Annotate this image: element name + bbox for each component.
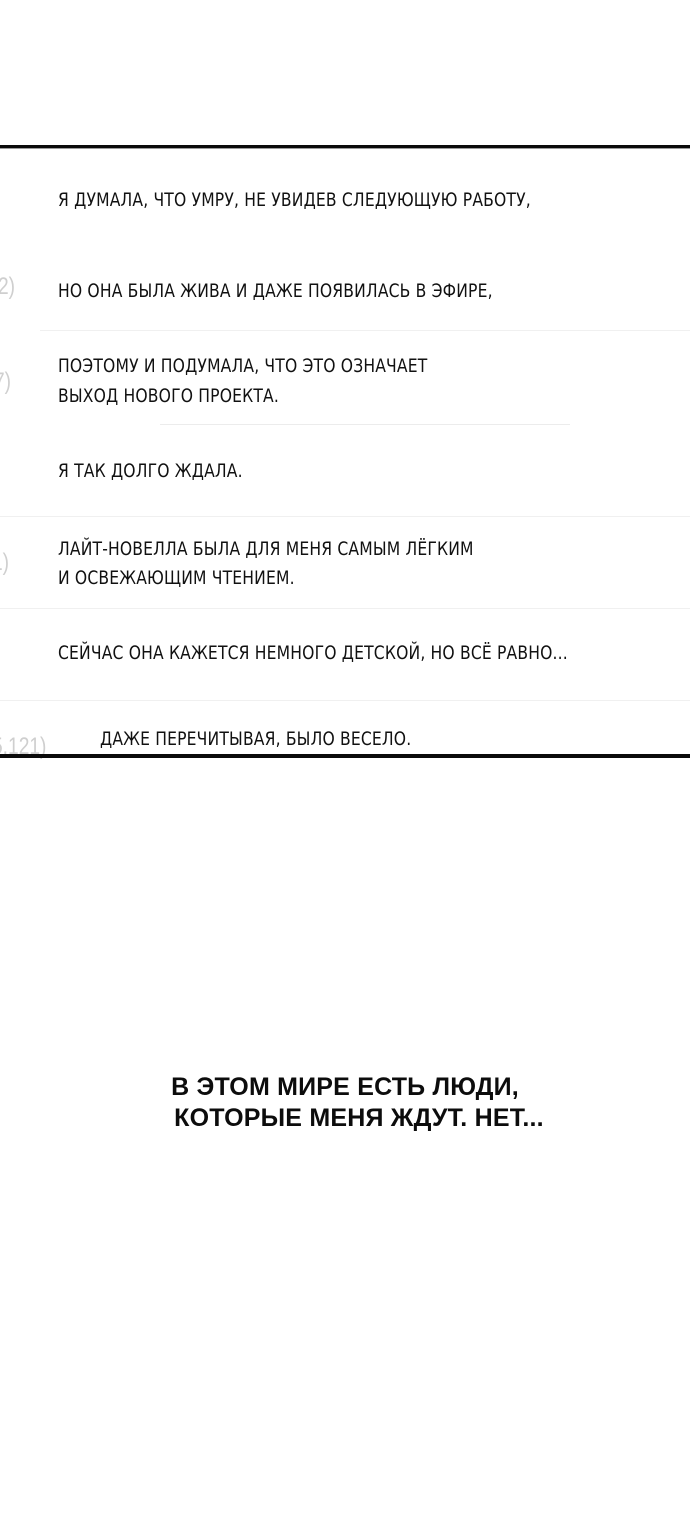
monologue-line: поэтому и подумала, что это означает — [58, 353, 427, 379]
caption-line: КОТОРЫЕ МЕНЯ ЖДУТ. НЕТ... — [0, 1103, 690, 1134]
row-divider — [40, 330, 690, 331]
row-divider — [0, 608, 690, 609]
narration-caption: В ЭТОМ МИРЕ ЕСТЬ ЛЮДИ, КОТОРЫЕ МЕНЯ ЖДУТ… — [0, 1072, 690, 1134]
monologue-line: Лайт-новелла была для меня самым лёгким — [58, 536, 474, 562]
row-divider — [0, 700, 690, 701]
monologue-line: Сейчас она кажется немного детской, но в… — [58, 640, 568, 666]
monologue-line: Даже перечитывая, было весело. — [100, 726, 411, 752]
monologue-line: но она была жива и даже появилась в эфир… — [58, 278, 493, 304]
panel-bottom-border — [0, 754, 690, 758]
caption-line: В ЭТОМ МИРЕ ЕСТЬ ЛЮДИ, — [0, 1072, 690, 1103]
row-divider — [0, 516, 690, 517]
monologue-line: выход нового проекта. — [58, 383, 279, 409]
monologue-line: Я так долго ждала. — [58, 458, 243, 484]
panel-top-border-shadow — [0, 148, 690, 149]
ghost-list-marker: 1) — [0, 549, 9, 577]
ghost-list-marker: 2) — [0, 273, 15, 301]
monologue-line: Я думала, что умру, не увидев следующую … — [58, 187, 531, 213]
ghost-list-marker: 7) — [0, 368, 11, 396]
monologue-line: и освежающим чтением. — [58, 565, 295, 591]
row-divider — [160, 424, 570, 425]
